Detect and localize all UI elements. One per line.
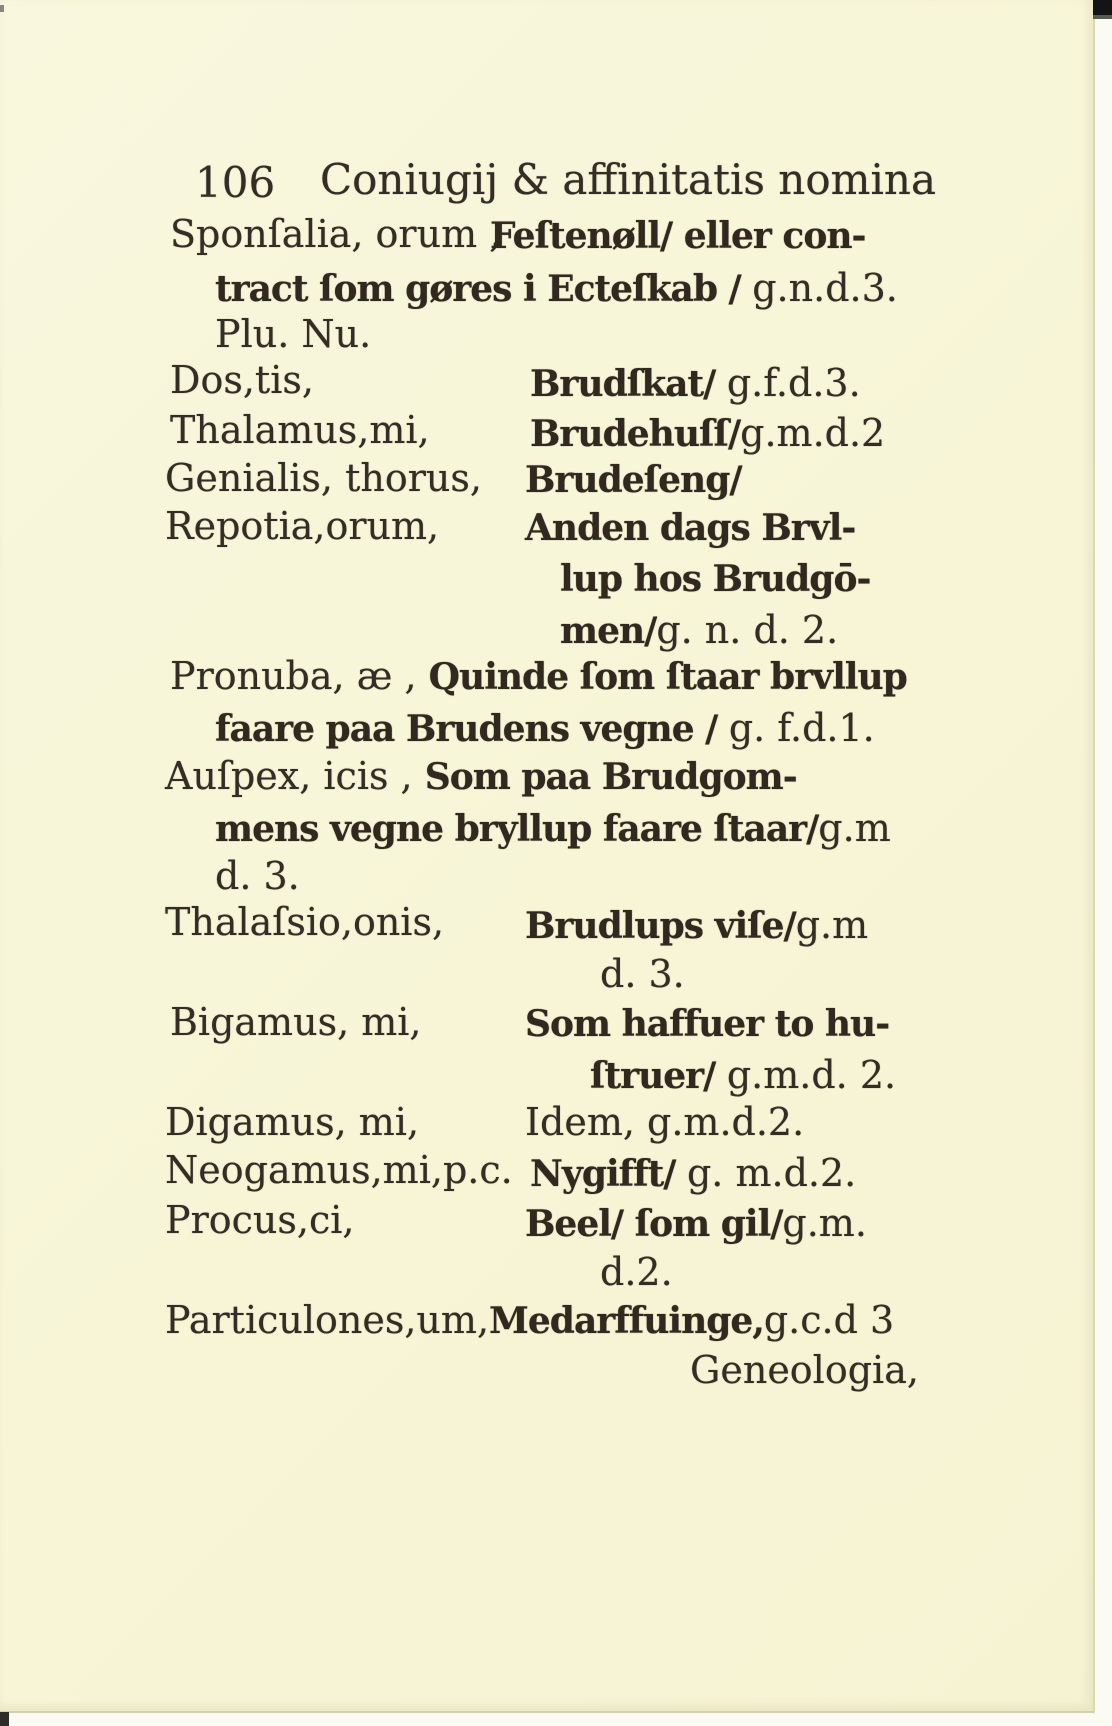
latin-headword: Thalamus,mi, [170,408,430,452]
headword-genialis: Genialis, thorus, [165,456,482,500]
grammar-abbr: g. n. d. 2. [656,608,838,652]
entry-pronuba: Pronuba, æ , Quinde ſom ſtaar brvllup [170,654,907,698]
latin-headword: Neogamus,mi,p.c. [165,1148,513,1192]
grammar-abbr: g.f.d.3. [727,361,861,405]
entry-particulones: Particulones,um,Medarffuinge,g.c.d 3 [165,1298,894,1342]
danish-gloss: mens vegne bryllup faare ſtaar/ [215,808,818,850]
grammar-abbr: g.m. [782,1201,867,1245]
scanned-book-page: 106 Coniugij & affinitatis nomina Sponſa… [0,0,1112,1726]
headword-dos: Dos,tis, [170,358,314,402]
scan-corner-mark-top-right [1093,0,1112,15]
running-title: Coniugij & affinitatis nomina [320,155,936,204]
grammar-abbr: g. f.d.1. [729,706,875,750]
danish-gloss: Feſtenøll/ eller con- [490,215,865,257]
gloss-auspex-cont2: d. 3. [215,854,300,898]
gloss-bigamus-cont: ſtruer/ g.m.d. 2. [590,1053,896,1097]
gloss-dos: Brudſkat/ g.f.d.3. [530,361,861,405]
latin-headword: Repotia,orum, [165,504,439,548]
headword-thalassio: Thalaſsio,onis, [165,900,444,944]
gloss-repotia-cont2: men/g. n. d. 2. [560,608,838,652]
gloss-bigamus: Som haffuer to hu- [525,1003,889,1045]
danish-gloss: ſtruer/ [590,1055,727,1097]
page-header: 106 [195,158,275,207]
gloss-neogamus: Nygifft/ g. m.d.2. [530,1151,856,1195]
latin-headword: Genialis, thorus, [165,456,482,500]
latin-gloss: Idem, g.m.d.2. [525,1100,804,1144]
paper-sheet: 106 Coniugij & affinitatis nomina Sponſa… [0,0,1095,1713]
danish-gloss: Medarffuinge, [489,1300,764,1342]
headword-sponsalia: Sponſalia, orum , [170,212,501,256]
danish-gloss: tract ſom gøres i Ecteſkab / [215,268,752,310]
danish-gloss: Brudlups viſe/ [525,905,796,947]
scan-corner-mark-bottom-left [0,1712,9,1726]
grammar-abbr: g.m.d. 2. [727,1053,896,1097]
gloss-thalamus: Brudehuſſ/g.m.d.2 [530,411,885,455]
danish-gloss: Brudeſeng/ [525,459,742,501]
danish-gloss: Som paa Brudgom- [425,756,797,798]
grammar-abbr: g.n.d.3. [752,266,898,310]
danish-gloss: Beel/ ſom gil/ [525,1203,782,1245]
gloss-procus: Beel/ ſom gil/g.m. [525,1201,867,1245]
gloss-repotia-cont: lup hos Brudgō- [560,558,870,600]
gloss-sponsalia: Feſtenøll/ eller con- [490,215,865,257]
headword-neogamus: Neogamus,mi,p.c. [165,1148,513,1192]
scan-speck-top-left [0,5,4,12]
scan-corner-mark-shadow [1093,15,1112,19]
gloss-genialis: Brudeſeng/ [525,459,742,501]
danish-gloss: men/ [560,610,656,652]
danish-gloss: Nygifft/ [530,1153,687,1195]
danish-gloss: Quinde ſom ſtaar brvllup [429,656,907,698]
headword-bigamus: Bigamus, mi, [170,1000,422,1044]
entry-auspex: Auſpex, icis , Som paa Brudgom- [165,754,797,798]
headword-thalamus: Thalamus,mi, [170,408,430,452]
latin-headword: Thalaſsio,onis, [165,900,444,944]
danish-gloss: Brudſkat/ [530,363,727,405]
grammar-abbr: g.c.d 3 [764,1298,894,1342]
grammar-abbr: g.m.d.2 [740,411,885,455]
grammar-abbr: d. 3. [600,952,685,996]
grammar-abbr: d. 3. [215,854,300,898]
danish-gloss: Som haffuer to hu- [525,1003,889,1045]
gloss-sponsalia-cont: tract ſom gøres i Ecteſkab / g.n.d.3. [215,266,898,310]
gloss-thalassio: Brudlups viſe/g.m [525,903,868,947]
latin-headword: Procus,ci, [165,1198,354,1242]
gloss-digamus: Idem, g.m.d.2. [525,1100,804,1144]
catchword: Geneologia, [690,1348,919,1392]
latin-headword: Bigamus, mi, [170,1000,422,1044]
danish-gloss: lup hos Brudgō- [560,558,870,600]
headword-procus: Procus,ci, [165,1198,354,1242]
danish-gloss: faare paa Brudens vegne / [215,708,729,750]
grammar-abbr: g. m.d.2. [687,1151,856,1195]
grammar-abbr: d.2. [600,1250,673,1294]
headword-repotia: Repotia,orum, [165,504,439,548]
grammar-note-sponsalia: Plu. Nu. [215,312,371,356]
grammar-abbr: Plu. Nu. [215,312,371,356]
catchword-text: Geneologia, [690,1348,919,1392]
latin-headword: Dos,tis, [170,358,314,402]
latin-headword: Auſpex, icis , [165,754,425,798]
running-title-text: Coniugij & affinitatis nomina [320,155,936,204]
gloss-auspex-cont: mens vegne bryllup faare ſtaar/g.m [215,806,891,850]
latin-headword: Digamus, mi, [165,1100,419,1144]
gloss-pronuba-cont: faare paa Brudens vegne / g. f.d.1. [215,706,875,750]
grammar-abbr: g.m [796,903,868,947]
gloss-repotia: Anden dags Brvl- [525,507,855,549]
danish-gloss: Anden dags Brvl- [525,507,855,549]
page-number: 106 [195,158,275,207]
latin-headword: Sponſalia, orum , [170,212,501,256]
gloss-thalassio-cont: d. 3. [600,952,685,996]
danish-gloss: Brudehuſſ/ [530,413,740,455]
grammar-abbr: g.m [818,806,890,850]
headword-digamus: Digamus, mi, [165,1100,419,1144]
latin-headword: Pronuba, æ , [170,654,429,698]
latin-headword: Particulones,um, [165,1298,489,1342]
gloss-procus-cont: d.2. [600,1250,673,1294]
